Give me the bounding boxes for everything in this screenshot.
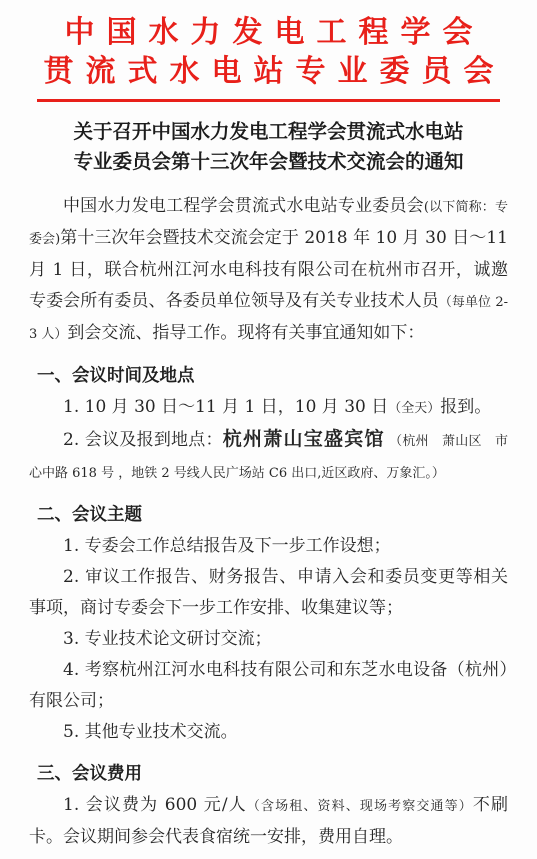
section2-item-2: 2. 审议工作报告、财务报告、申请入会和委员变更等相关事项，商讨专委会下一步工作… bbox=[29, 562, 508, 624]
letterhead: 中国水力发电工程学会 贯流式水电站专业委员会 bbox=[29, 13, 508, 91]
section-heading-3: 三、会议费用 bbox=[29, 759, 508, 790]
letterhead-org-name: 中国水力发电工程学会 bbox=[29, 13, 508, 52]
section1-item-1: 1. 10 月 30 日～11 月 1 日，10 月 30 日（全天）报到。 bbox=[29, 392, 508, 424]
notice-document-page: 中国水力发电工程学会 贯流式水电站专业委员会 关于召开中国水力发电工程学会贯流式… bbox=[0, 0, 537, 859]
section2-item-1: 1. 专委会工作总结报告及下一步工作设想； bbox=[29, 531, 508, 562]
text-segment: 中国水力发电工程学会贯流式水电站专业委员会 bbox=[63, 196, 424, 216]
letterhead-committee-name: 贯流式水电站专业委员会 bbox=[29, 52, 508, 91]
section2-item-5: 5. 其他专业技术交流。 bbox=[29, 717, 508, 748]
section2-item-4: 4. 考察杭州江河水电科技有限公司和东芝水电设备（杭州）有限公司； bbox=[29, 655, 508, 717]
text-segment: 二、会议主题 bbox=[37, 505, 142, 525]
text-segment: 1. 会议费为 600 元/人 bbox=[63, 795, 247, 815]
text-segment: 3. 专业技术论文研讨交流； bbox=[63, 629, 272, 649]
text-segment: 一、会议时间及地点 bbox=[37, 366, 195, 386]
notice-title: 关于召开中国水力发电工程学会贯流式水电站 专业委员会第十三次年会暨技术交流会的通… bbox=[29, 117, 508, 177]
text-segment: 1. 10 月 30 日～11 月 1 日，10 月 30 日 bbox=[63, 397, 388, 417]
notice-title-line1: 关于召开中国水力发电工程学会贯流式水电站 bbox=[29, 117, 508, 147]
section-heading-2: 二、会议主题 bbox=[29, 500, 508, 531]
text-segment: 5. 其他专业技术交流。 bbox=[63, 722, 238, 742]
all-day-note: （全天） bbox=[388, 401, 440, 416]
document-body: 中国水力发电工程学会贯流式水电站专业委员会(以下简称：专委会)第十三次年会暨技术… bbox=[29, 191, 508, 853]
text-segment: 报到。 bbox=[440, 397, 491, 417]
section2-item-3: 3. 专业技术论文研讨交流； bbox=[29, 624, 508, 655]
text-segment: 到会交流、指导工作。现将有关事宜通知如下： bbox=[67, 323, 424, 343]
text-segment: 2. 审议工作报告、财务报告、申请入会和委员变更等相关事项，商讨专委会下一步工作… bbox=[29, 567, 508, 618]
text-segment: 三、会议费用 bbox=[37, 764, 142, 784]
text-segment: 第十三次年会暨技术交流会定于 2018 年 10 月 30 日～11 月 1 日… bbox=[29, 228, 508, 311]
letterhead-divider-rule bbox=[37, 99, 500, 102]
section3-item-1: 1. 会议费为 600 元/人（含场租、资料、现场考察交通等）不刷卡。会议期间参… bbox=[29, 790, 508, 853]
venue-name: 杭州萧山宝盛宾馆 bbox=[223, 428, 385, 450]
text-segment: 2. 会议及报到地点： bbox=[63, 430, 223, 450]
notice-title-line2: 专业委员会第十三次年会暨技术交流会的通知 bbox=[29, 147, 508, 177]
fee-inclusion-note: （含场租、资料、现场考察交通等） bbox=[247, 799, 473, 814]
text-segment: 4. 考察杭州江河水电科技有限公司和东芝水电设备（杭州）有限公司； bbox=[29, 660, 508, 711]
text-segment: 1. 专委会工作总结报告及下一步工作设想； bbox=[63, 536, 391, 556]
section1-item-2: 2. 会议及报到地点：杭州萧山宝盛宾馆 （杭州 萧山区 市心中路 618 号 ，… bbox=[29, 424, 508, 489]
section-heading-1: 一、会议时间及地点 bbox=[29, 361, 508, 392]
intro-paragraph: 中国水力发电工程学会贯流式水电站专业委员会(以下简称：专委会)第十三次年会暨技术… bbox=[29, 191, 508, 350]
